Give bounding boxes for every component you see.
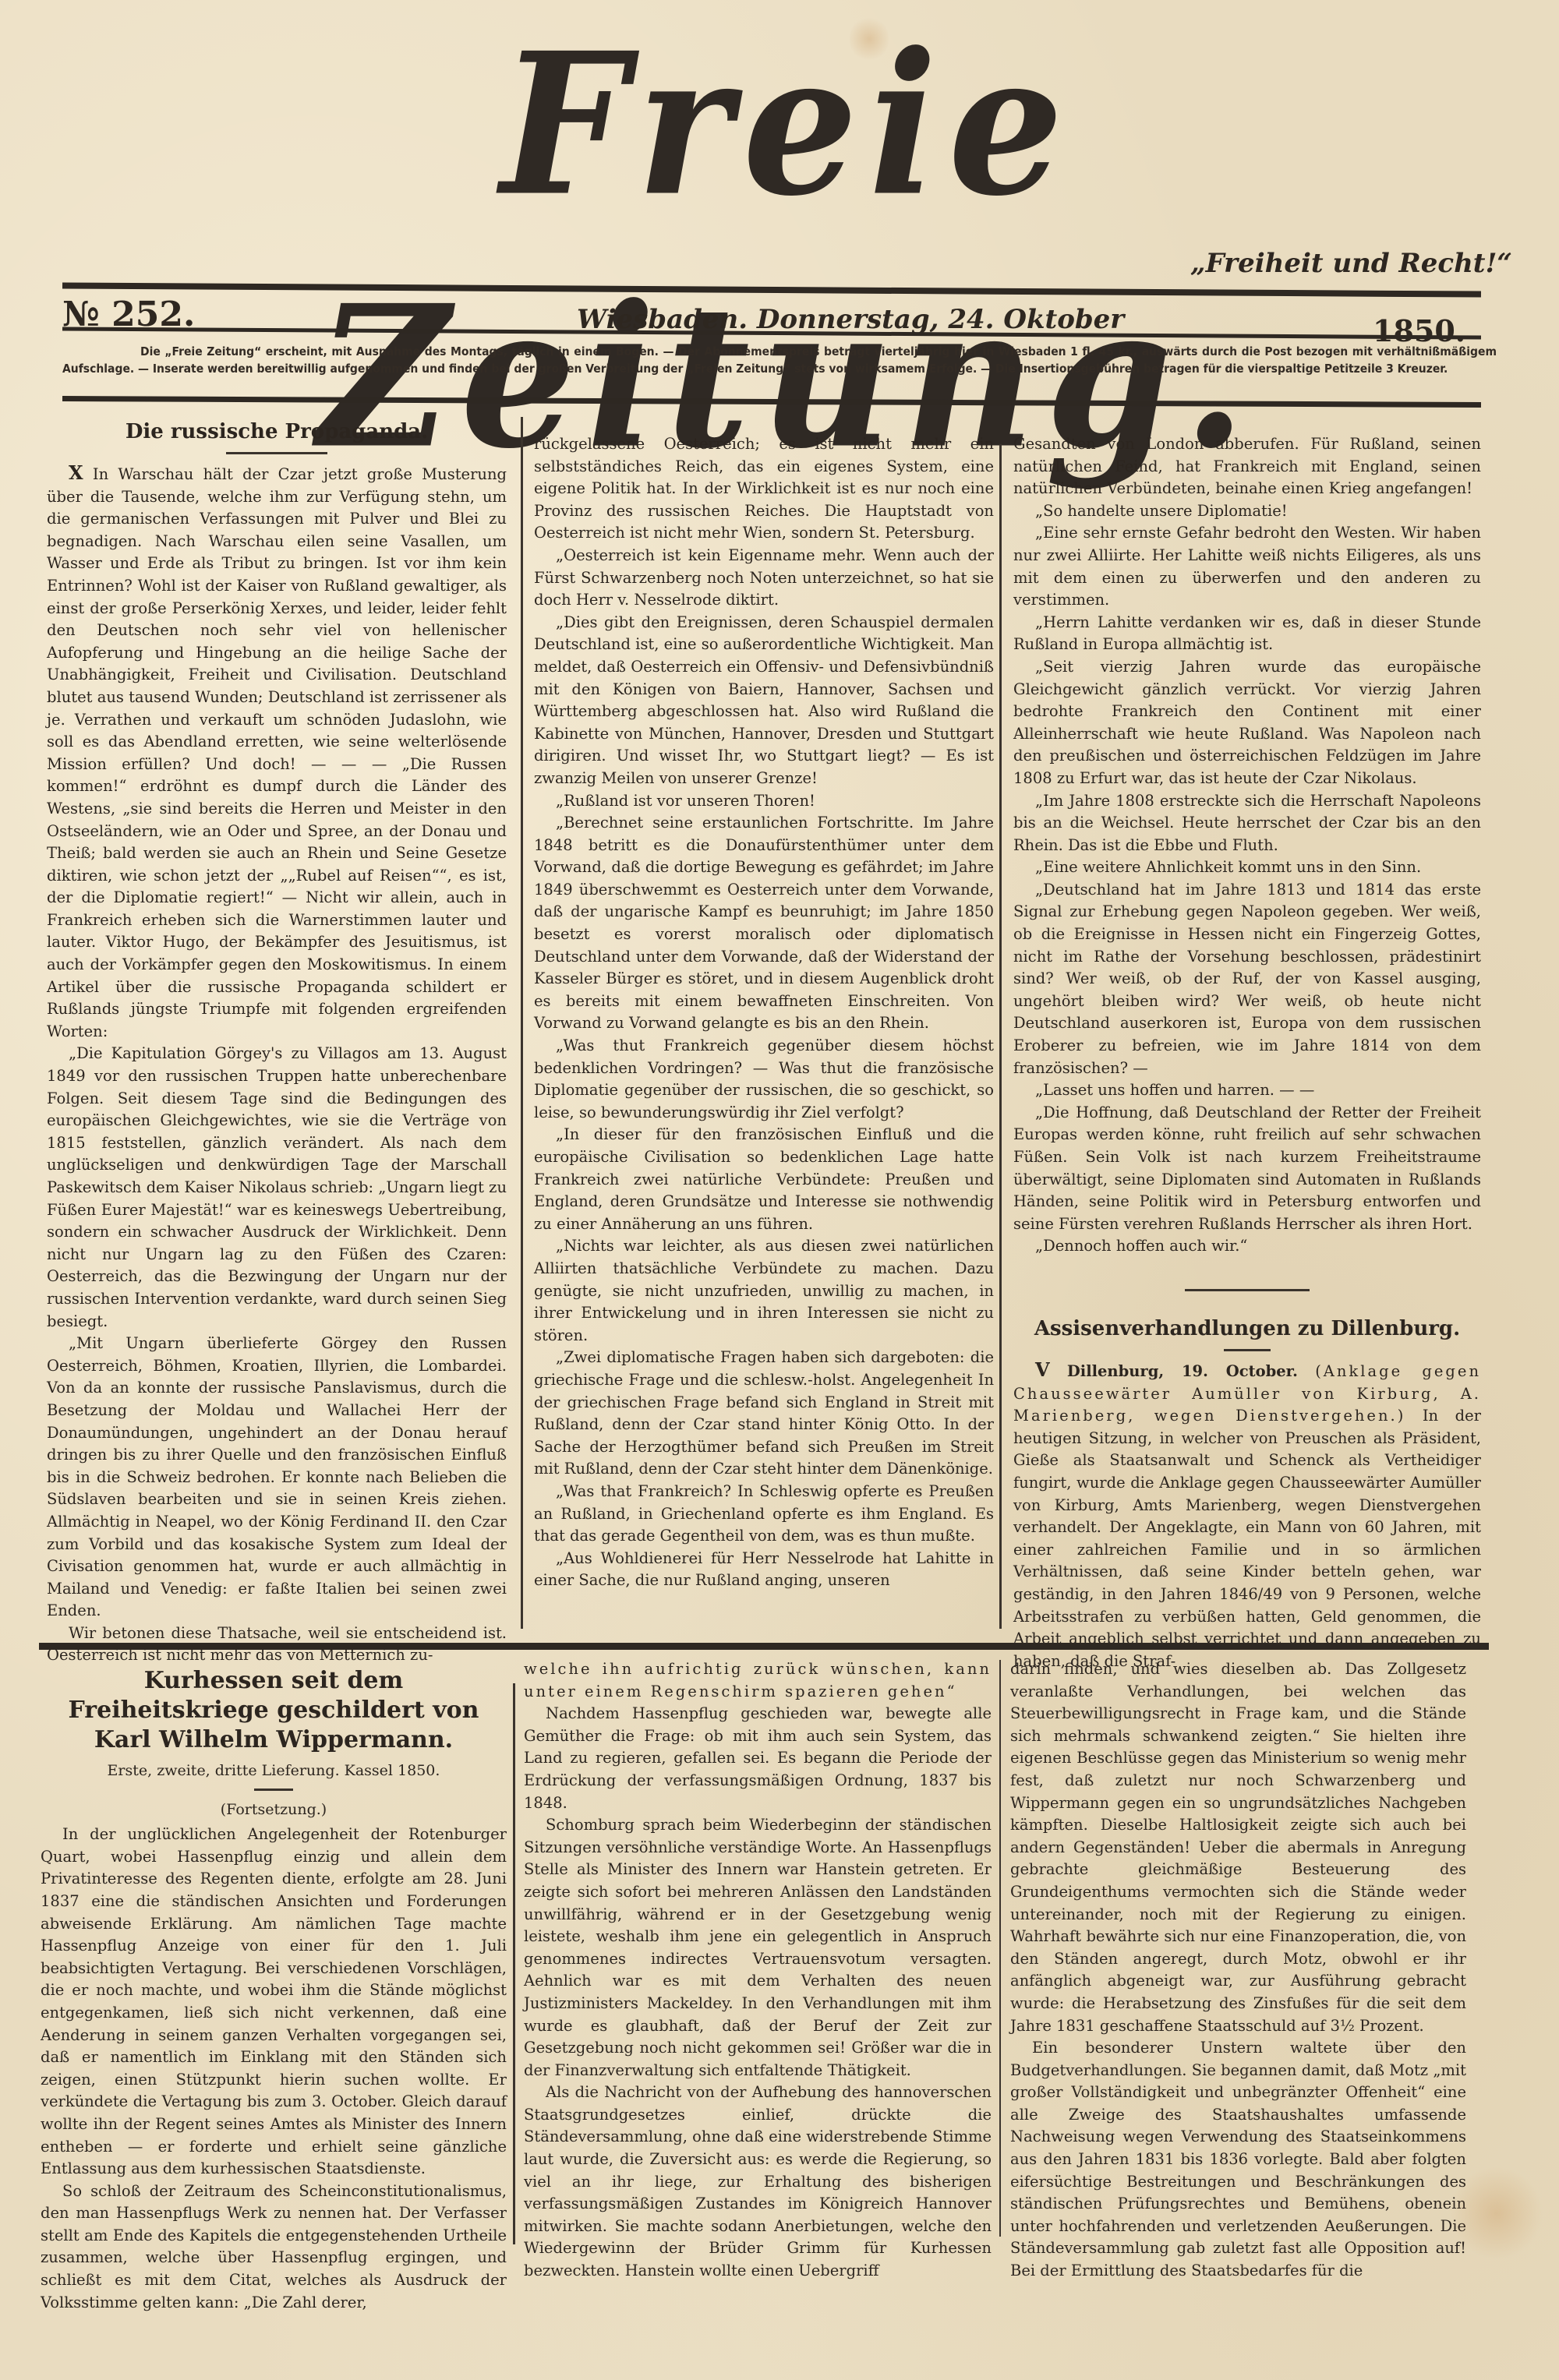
kurhessen-quote: welche ihn aufrichtig zurück wünschen, k…	[524, 1658, 992, 1703]
propaganda-paragraph: „Mit Ungarn überlieferte Görgey den Russ…	[47, 1333, 507, 1623]
propaganda-paragraph: „Zwei diplomatische Fragen haben sich da…	[534, 1347, 994, 1481]
propaganda-paragraph: „In dieser für den französischen Einfluß…	[534, 1124, 994, 1235]
kurhessen-paragraph: Ein besonderer Unstern waltete über den …	[1010, 2037, 1466, 2283]
propaganda-paragraph: „Was that Frankreich? In Schleswig opfer…	[534, 1481, 994, 1548]
masthead-motto: „Freiheit und Recht!“	[1190, 248, 1512, 279]
author-marker: X	[69, 461, 83, 484]
kurhessen-paragraph: Schomburg sprach beim Wiederbeginn der s…	[524, 1814, 992, 2082]
masthead-title: Freie Zeitung.	[234, 0, 1341, 251]
author-marker: V	[1035, 1358, 1050, 1381]
propaganda-paragraph: „Die Kapitulation Görgey's zu Villagos a…	[47, 1043, 507, 1333]
newspaper-page: Freie Zeitung. „Freiheit und Recht!“ № 2…	[0, 0, 1559, 2380]
paper-stain	[850, 16, 889, 62]
propaganda-paragraph: „Oesterreich ist kein Eigenname mehr. We…	[534, 545, 994, 612]
propaganda-paragraph: „Dies gibt den Ereignissen, deren Schaus…	[534, 612, 994, 790]
propaganda-paragraph: Gesandten von London abberufen. Für Rußl…	[1013, 433, 1481, 500]
propaganda-paragraph: „Seit vierzig Jahren wurde das europäisc…	[1013, 656, 1481, 790]
subscription-notice: Die „Freie Zeitung“ erscheint, mit Ausna…	[62, 343, 1497, 377]
propaganda-paragraph: „Eine weitere Ahnlichkeit kommt uns in d…	[1013, 856, 1481, 879]
column-divider	[513, 1683, 515, 2244]
propaganda-paragraph: „Rußland ist vor unseren Thoren!	[534, 790, 994, 813]
kurhessen-paragraph: darin finden, und wies dieselben ab. Das…	[1010, 1658, 1466, 2037]
kurhessen-paragraph: In der unglücklichen Angelegenheit der R…	[41, 1824, 507, 2180]
kurhessen-column-1: Kurhessen seit dem Freiheitskriege gesch…	[41, 1660, 507, 2314]
propaganda-paragraph: „Eine sehr ernste Gefahr bedroht den Wes…	[1013, 522, 1481, 611]
assisen-heading: Assisenverhandlungen zu Dillenburg.	[1013, 1315, 1481, 1343]
propaganda-paragraph: X In Warschau hält der Czar jetzt große …	[47, 462, 507, 1043]
assisen-paragraph: V Dillenburg, 19. October. (Anklage gege…	[1013, 1359, 1481, 1672]
kurhessen-subline: Erste, zweite, dritte Lieferung. Kassel …	[41, 1760, 507, 1782]
propaganda-paragraph: „So handelte unsere Diplomatie!	[1013, 500, 1481, 523]
propaganda-paragraph: „Im Jahre 1808 erstreckte sich die Herrs…	[1013, 790, 1481, 857]
kurhessen-paragraph: Nachdem Hassenpflug geschieden war, bewe…	[524, 1703, 992, 1814]
propaganda-heading: Die russische Propaganda.	[47, 418, 507, 446]
heading-divider	[254, 1789, 293, 1791]
propaganda-paragraph: „Aus Wohldienerei für Herr Nesselrode ha…	[534, 1548, 994, 1592]
propaganda-paragraph: „Die Hoffnung, daß Deutschland der Rette…	[1013, 1102, 1481, 1236]
propaganda-paragraph: „Was thut Frankreich gegenüber diesem hö…	[534, 1035, 994, 1124]
place-date: Dillenburg, 19. October.	[1067, 1362, 1298, 1380]
propaganda-paragraph: „Berechnet seine erstaunlichen Fortschri…	[534, 812, 994, 1035]
propaganda-paragraph: „Deutschland hat im Jahre 1813 und 1814 …	[1013, 879, 1481, 1079]
section-divider	[1185, 1289, 1310, 1291]
kurhessen-paragraph: Als die Nachricht von der Aufhebung des …	[524, 2082, 992, 2282]
continuation-label: (Fortsetzung.)	[41, 1799, 507, 1821]
heading-divider	[1224, 1349, 1271, 1351]
column-divider	[521, 417, 523, 1629]
kurhessen-heading: Kurhessen seit dem Freiheitskriege gesch…	[41, 1666, 507, 1755]
kurhessen-column-3: darin finden, und wies dieselben ab. Das…	[1010, 1658, 1466, 2283]
propaganda-paragraph: „Dennoch hoffen auch wir.“	[1013, 1235, 1481, 1258]
propaganda-column-1: Die russische Propaganda. X In Warschau …	[47, 411, 507, 1667]
section-rule	[39, 1643, 1489, 1650]
propaganda-paragraph: „Herrn Lahitte verdanken wir es, daß in …	[1013, 612, 1481, 656]
propaganda-paragraph: „Lasset uns hoffen und harren. — —	[1013, 1079, 1481, 1102]
column-divider	[999, 1660, 1001, 2237]
propaganda-paragraph: „Nichts war leichter, als aus diesen zwe…	[534, 1235, 994, 1347]
propaganda-column-3: Gesandten von London abberufen. Für Rußl…	[1013, 433, 1481, 1672]
paper-stain	[1450, 2166, 1543, 2260]
column-divider	[999, 444, 1002, 1629]
heading-divider	[226, 452, 327, 454]
subscription-notice-text: Die „Freie Zeitung“ erscheint, mit Ausna…	[62, 343, 1497, 377]
kurhessen-paragraph: So schloß der Zeitraum des Scheinconstit…	[41, 2180, 507, 2315]
propaganda-paragraph: rückgelassene Oesterreich; es ist nicht …	[534, 433, 994, 545]
kurhessen-column-2: welche ihn aufrichtig zurück wünschen, k…	[524, 1658, 992, 2283]
propaganda-column-2: rückgelassene Oesterreich; es ist nicht …	[534, 433, 994, 1592]
